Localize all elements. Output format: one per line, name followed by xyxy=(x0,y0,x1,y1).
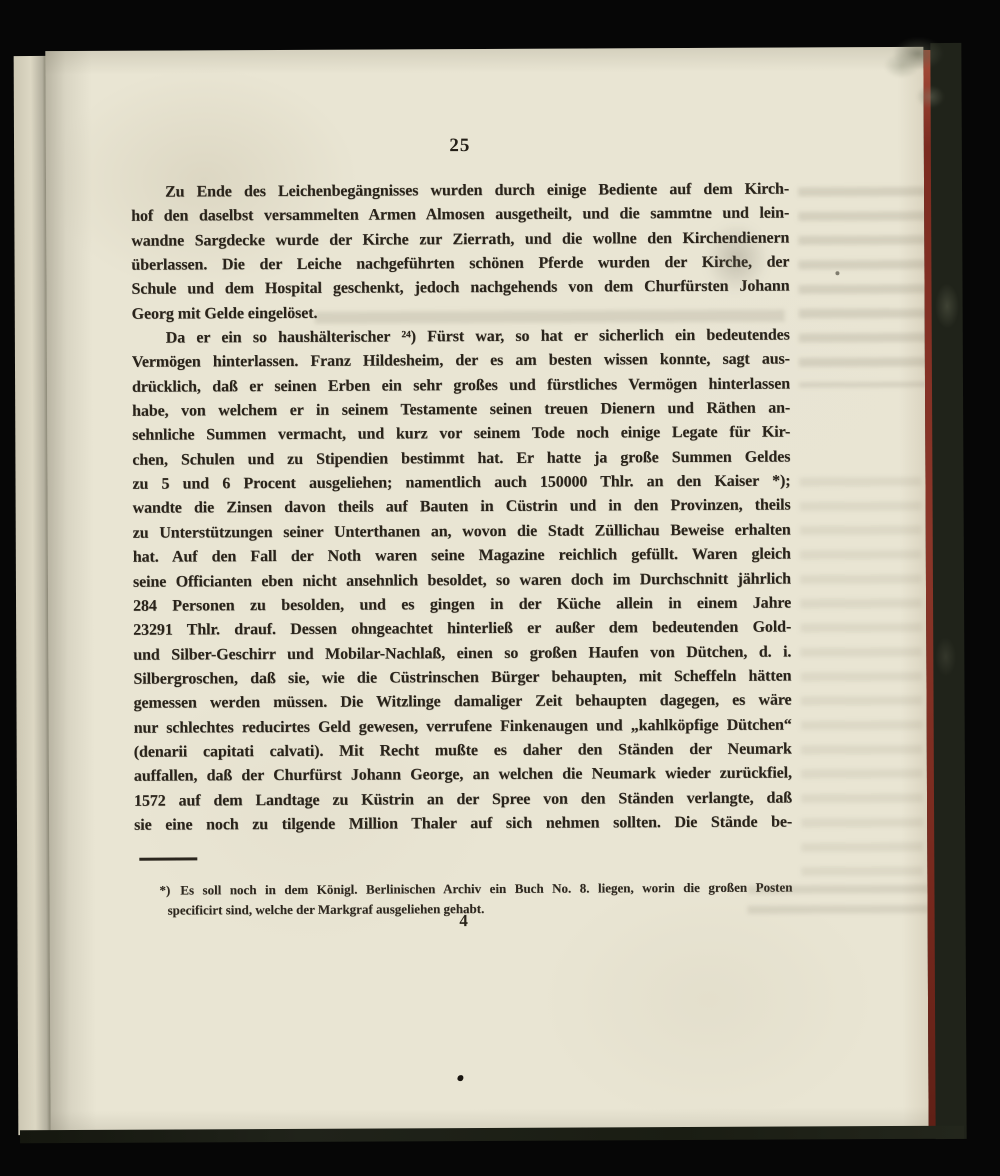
page-number: 25 xyxy=(131,134,789,159)
text-line: nur schlechtes reducirtes Geld gewesen, … xyxy=(134,713,792,741)
text-line: hof den daselbst versammelten Armen Almo… xyxy=(131,202,789,230)
text-line: Zu Ende des Leichenbegängnisses wurden d… xyxy=(131,178,789,206)
text-line: wandne Sargdecke wurde der Kirche zur Zi… xyxy=(131,226,789,254)
text-line: habe, von welchem er in seinem Testament… xyxy=(132,397,790,425)
text-line: 1572 auf dem Landtage zu Küstrin an der … xyxy=(134,786,792,814)
text-line: Schule und dem Hospital geschenkt, jedoc… xyxy=(131,275,789,303)
text-line: überlassen. Die der Leiche nachgeführten… xyxy=(131,251,789,279)
text-line: sehnliche Summen vermacht, und kurz vor … xyxy=(132,421,790,449)
text-line: 23291 Thlr. drauf. Dessen ohngeachtet hi… xyxy=(133,616,791,644)
text-line: Da er ein so haushälterischer ²⁴) Fürst … xyxy=(132,324,790,352)
text-line: drücklich, daß er seinen Erben ein sehr … xyxy=(132,372,790,400)
text-line: auffallen, daß der Churfürst Johann Geor… xyxy=(134,762,792,790)
text-line: und Silber-Geschirr und Mobilar-Nachlaß,… xyxy=(133,640,791,668)
footnote-marker: *) xyxy=(159,883,170,898)
paper-speck xyxy=(835,271,839,275)
text-line: sie eine noch zu tilgende Million Thaler… xyxy=(134,810,792,838)
sheet-signature: 4 xyxy=(135,910,793,933)
text-line: wandte die Zinsen davon theils auf Baute… xyxy=(133,494,791,522)
show-through-ghost xyxy=(798,187,927,388)
text-line: zu Unterstützungen seiner Unterthanen an… xyxy=(133,518,791,546)
ink-speck xyxy=(457,1075,463,1081)
book-page: 25 Zu Ende des Leichenbegängnisses wurde… xyxy=(45,47,928,1133)
text-line: Georg mit Gelde eingelöset. xyxy=(132,299,790,327)
footnote-line: *)Es soll noch in dem Königl. Berlinisch… xyxy=(159,878,792,901)
text-line: Vermögen hinterlassen. Franz Hildesheim,… xyxy=(132,348,790,376)
body-text-column: Zu Ende des Leichenbegängnisses wurden d… xyxy=(131,178,792,838)
footnote-separator-rule xyxy=(139,857,197,860)
text-line: chen, Schulen und zu Stipendien bestimmt… xyxy=(132,445,790,473)
text-line: seine Officianten eben nicht ansehnlich … xyxy=(133,567,791,595)
text-line: gemessen werden müssen. Die Witzlinge da… xyxy=(133,689,791,717)
text-line: 284 Personen zu besolden, und es gingen … xyxy=(133,591,791,619)
text-line: hat. Auf den Fall der Noth waren seine M… xyxy=(133,543,791,571)
show-through-ghost xyxy=(799,477,923,878)
text-line: zu 5 und 6 Procent ausgeliehen; namentli… xyxy=(132,470,790,498)
text-line: (denarii capitati calvati). Mit Recht mu… xyxy=(134,737,792,765)
footnote-text: Es soll noch in dem Königl. Berlinischen… xyxy=(180,880,792,898)
book-scan-photo: 25 Zu Ende des Leichenbegängnisses wurde… xyxy=(0,0,1000,1176)
text-line: Silbergroschen, daß sie, wie die Cüstrin… xyxy=(133,664,791,692)
book-cover-edge xyxy=(930,43,966,1139)
book-cover-corner xyxy=(860,36,966,135)
